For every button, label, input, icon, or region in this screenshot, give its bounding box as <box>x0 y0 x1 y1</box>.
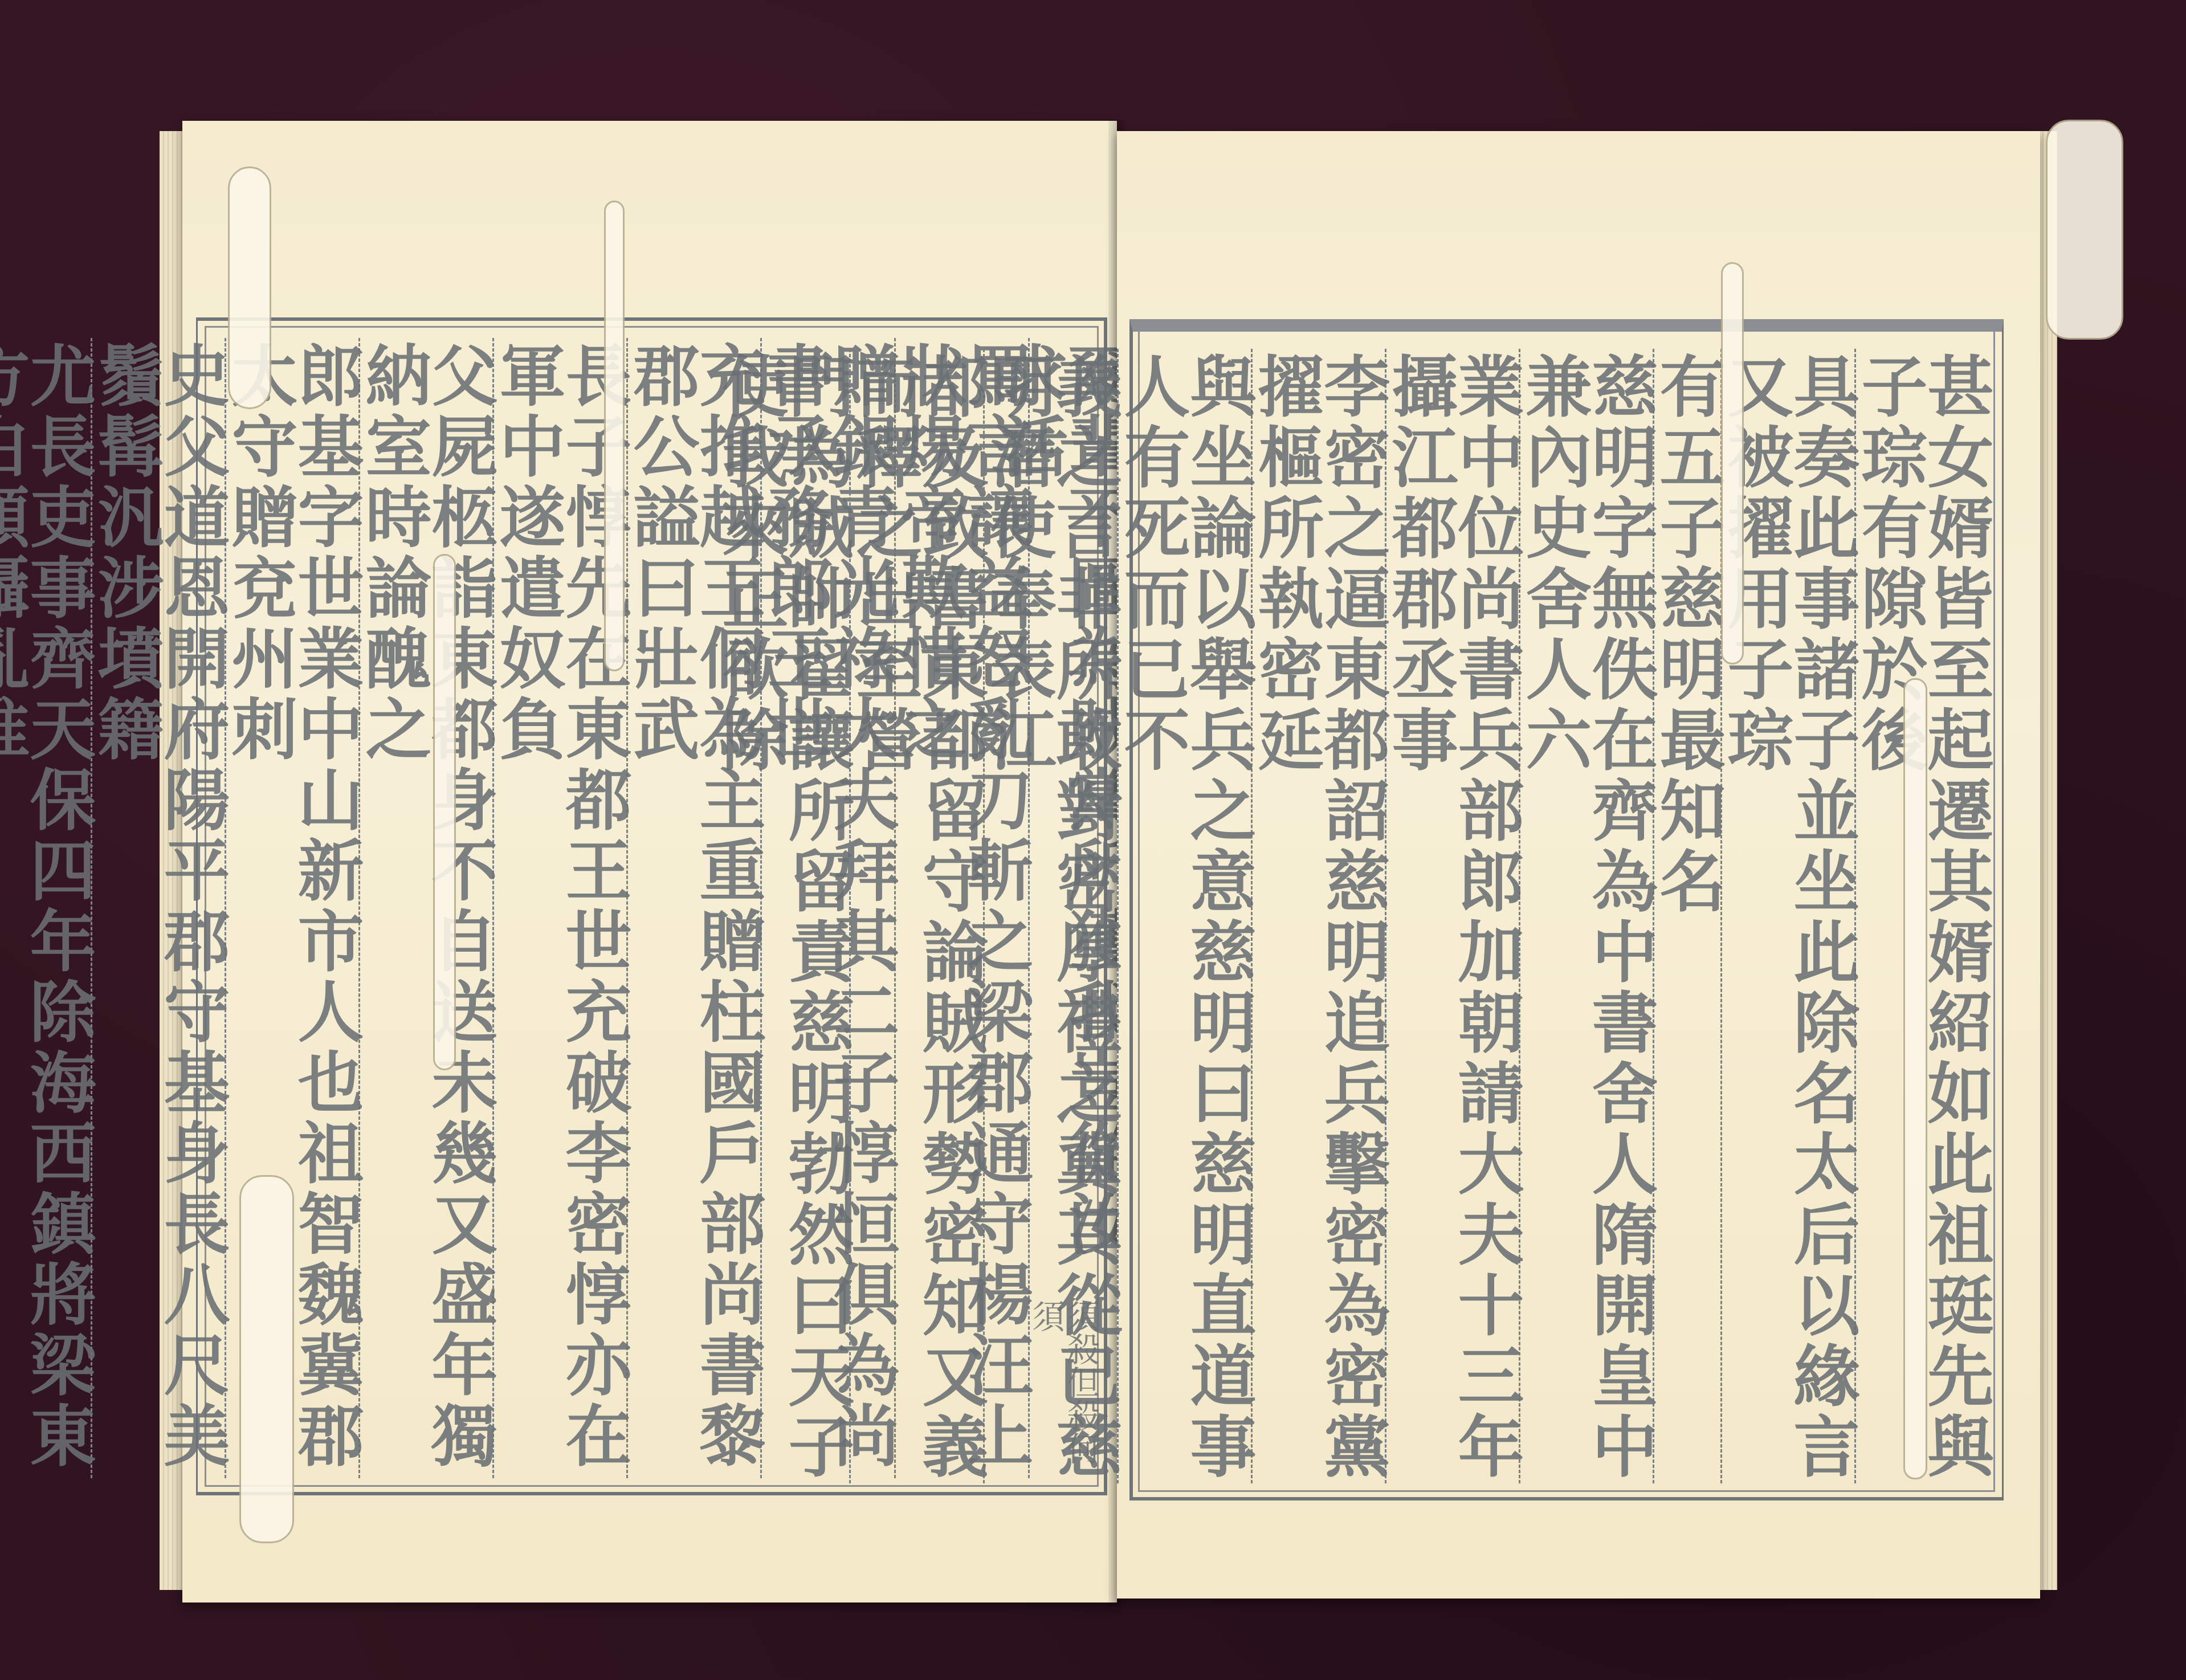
column-text: 與坐論以舉兵之意慈明曰慈明直道事人有死而已不 <box>1119 352 1251 1483</box>
column-text: 慈明字無佚在齊為中書舍人隋開皇中兼內史舍人六 <box>1520 352 1653 1483</box>
text-column: 有五子慈明最知名 <box>1653 349 1720 1483</box>
text-column: 義之言非所敢對密厚禮之冀其從已慈明潛使奉表江 <box>983 349 1117 1483</box>
right-page: 甚女婿皆至起遷其婿紹如此祖珽先與子琮有隙於後 具奏此事諸子並坐此除名太后以緣言又… <box>1117 131 2040 1599</box>
column-text: 義之言非所敢對密厚禮之冀其從已慈明潛使奉表江 <box>985 352 1117 1483</box>
text-column: 李密之逼東都詔慈明追兵擊密為密黨擢樞所執密延 <box>1251 349 1385 1483</box>
text-column: 尤長吏事齊天保四年除海西鎮將梁東方白額攝亂淮 <box>0 338 91 1478</box>
wormhole-damage <box>2046 120 2123 340</box>
column-text: 尤長吏事齊天保四年除海西鎮將梁東方白額攝亂淮 <box>0 341 91 1478</box>
wormhole-damage <box>1721 262 1744 664</box>
column-text: 李密之逼東都詔慈明追兵擊密為密黨擢樞所執密延 <box>1253 352 1385 1483</box>
text-column: 父屍柩詣東都身不自送未幾又盛年獨納室時論醜之 <box>358 338 492 1478</box>
column-text: 父屍柩詣東都身不自送未幾又盛年獨納室時論醜之 <box>360 341 492 1478</box>
text-column: 門為賊帥翟讓所留責慈明勃然曰天子使我來正欲除 <box>717 349 849 1483</box>
text-column: 史父道恩開府陽平郡守基身長八尺美鬚髯汎涉墳籍 <box>91 338 225 1478</box>
text-column: 與坐論以舉兵之意慈明曰慈明直道事人有死而已不 <box>1117 349 1251 1483</box>
text-column: 慈明字無佚在齊為中書舍人隋開皇中兼內史舍人六 <box>1519 349 1653 1483</box>
column-text: 都及致書東都留守論賊形勢密知又義而釋之出至營 <box>851 352 983 1483</box>
column-text: 門為賊帥翟讓所留責慈明勃然曰天子使我來正欲除 <box>717 352 849 1483</box>
wormhole-damage <box>239 1175 294 1543</box>
wormhole-damage <box>1903 678 1927 1479</box>
right-page-columns: 甚女婿皆至起遷其婿紹如此祖珽先與子琮有隙於後 具奏此事諸子並坐此除名太后以緣言又… <box>1141 349 1988 1483</box>
wormhole-damage <box>604 201 625 671</box>
wormhole-damage <box>433 554 456 1070</box>
text-column: 都及致書東都留守論賊形勢密知又義而釋之出至營 <box>849 349 983 1483</box>
column-text: 業中位尚書兵部郎加朝請大夫十三年攝江都郡丞事 <box>1386 352 1519 1483</box>
right-page-frame: 甚女婿皆至起遷其婿紹如此祖珽先與子琮有隙於後 具奏此事諸子並坐此除名太后以緣言又… <box>1129 319 2004 1500</box>
column-text: 史父道恩開府陽平郡守基身長八尺美鬚髯汎涉墳籍 <box>92 341 225 1478</box>
open-book: 爾輩不圖為賊黨所獲我豈從汝求活須殺但殺何須 罵言讓益怒亂刀斬之梁郡通守楊汪上狀煬… <box>182 108 2040 1613</box>
wormhole-damage <box>228 166 271 409</box>
text-column: 業中位尚書兵部郎加朝請大夫十三年攝江都郡丞事 <box>1385 349 1519 1483</box>
column-text: 有五子慈明最知名 <box>1654 352 1720 918</box>
